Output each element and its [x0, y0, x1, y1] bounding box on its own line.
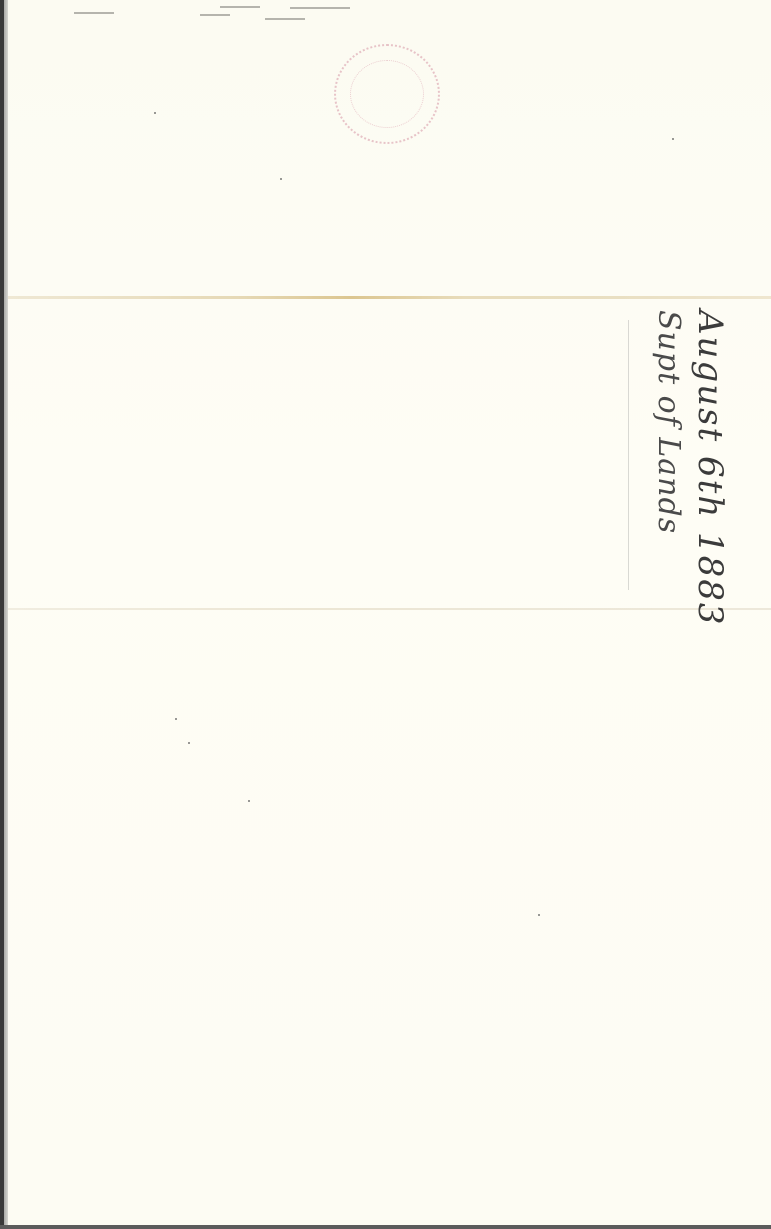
paper-speck — [188, 742, 190, 744]
paper-speck — [280, 178, 282, 180]
document-page: August 6th 1883 Supt of Lands — [0, 0, 771, 1229]
paper-speck — [154, 112, 156, 114]
docket-date: August 6th 1883 — [690, 310, 730, 627]
page-edge — [4, 0, 8, 1229]
paper-speck — [248, 800, 250, 802]
paper-speck — [672, 138, 674, 140]
paper-speck — [175, 718, 177, 720]
docket-sender: Supt of Lands — [651, 310, 686, 534]
handwritten-docket: August 6th 1883 Supt of Lands — [590, 300, 750, 600]
paper-speck — [538, 914, 540, 916]
fold-crease-lower — [8, 608, 771, 610]
scan-bottom-edge — [0, 1225, 771, 1229]
official-seal-stamp — [334, 44, 440, 144]
seal-inner-ring — [350, 60, 424, 128]
top-edge-ink-marks — [60, 4, 400, 20]
fold-crease-upper — [8, 296, 771, 299]
